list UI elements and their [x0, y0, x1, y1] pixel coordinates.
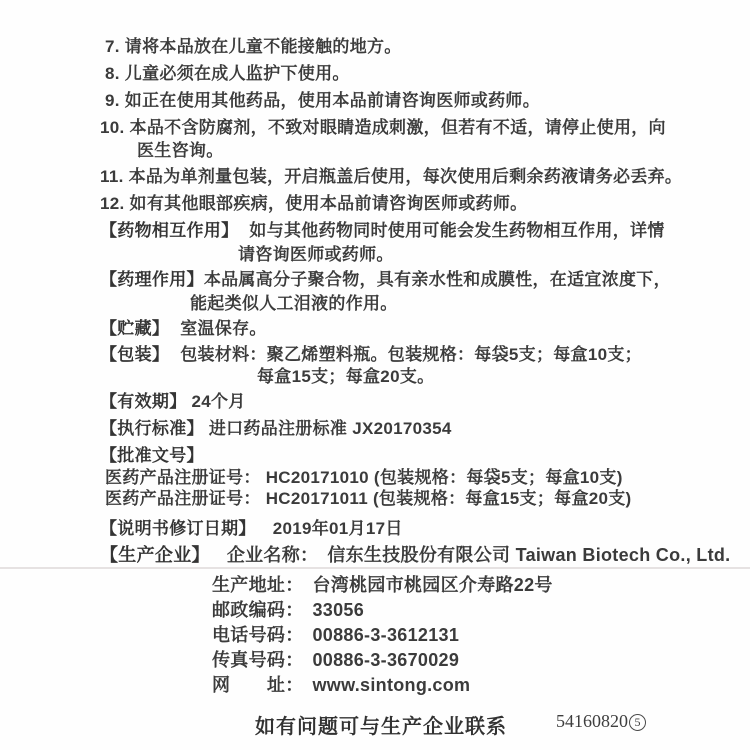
section-shelf-life: 【有效期】24个月	[100, 391, 246, 413]
section-label: 【包装】	[100, 345, 169, 364]
section-label: 【药物相互作用】	[100, 221, 238, 240]
registration-number: HC20171010	[266, 468, 369, 487]
precaution-item-10-line2: 医生咨询。	[137, 140, 224, 162]
precaution-item-9: 9. 如正在使用其他药品，使用本品前请咨询医师或药师。	[105, 90, 540, 112]
section-text: 每盒15支；每盒20支。	[257, 367, 434, 386]
manufacturer-fax-row: 传真号码：00886-3-3670029	[212, 649, 459, 671]
section-label: 【有效期】	[100, 392, 187, 411]
section-text: 本品属高分子聚合物，具有亲水性和成膜性，在适宜浓度下，	[204, 270, 671, 289]
registration-spec: (包装规格：每盒15支；每盒20支)	[373, 489, 632, 508]
approval-registration-2: 医药产品注册证号：HC20171011(包装规格：每盒15支；每盒20支)	[105, 488, 632, 510]
section-text: 包装材料：聚乙烯塑料瓶。包装规格：每袋5支；每盒10支；	[180, 345, 642, 364]
precaution-item-8: 8. 儿童必须在成人监护下使用。	[105, 63, 350, 85]
fax-value: 00886-3-3670029	[313, 650, 460, 670]
section-label: 【批准文号】	[100, 446, 204, 465]
fax-label: 传真号码：	[212, 650, 304, 670]
scan-artifact-line	[0, 567, 750, 569]
manufacturer-address-row: 生产地址：台湾桃园市桃园区介寿路22号	[212, 574, 553, 596]
manufacturer-phone-row: 电话号码：00886-3-3612131	[212, 624, 459, 646]
section-label: 【药理作用】	[100, 270, 204, 289]
precaution-text: 12. 如有其他眼部疾病，使用本品前请咨询医师或药师。	[100, 194, 527, 213]
section-packaging: 【包装】包装材料：聚乙烯塑料瓶。包装规格：每袋5支；每盒10支；	[100, 344, 642, 366]
section-manufacturer: 【生产企业】企业名称：信东生技股份有限公司 Taiwan Biotech Co.…	[100, 544, 730, 566]
section-text: 室温保存。	[180, 319, 267, 338]
package-insert-page: 7. 请将本品放在儿童不能接触的地方。 8. 儿童必须在成人监护下使用。 9. …	[0, 0, 750, 750]
footer-serial-number: 541608205	[556, 711, 646, 732]
precaution-text: 10. 本品不含防腐剂，不致对眼睛造成刺激，但若有不适，请停止使用，向	[100, 118, 666, 137]
precaution-text: 9. 如正在使用其他药品，使用本品前请咨询医师或药师。	[105, 91, 540, 110]
postal-code-label: 邮政编码：	[212, 600, 304, 620]
section-text: 能起类似人工泪液的作用。	[190, 294, 398, 313]
manufacturer-postal-row: 邮政编码：33056	[212, 599, 364, 621]
section-label: 【说明书修订日期】	[100, 519, 256, 538]
section-text: 24个月	[192, 392, 246, 411]
section-drug-interactions-line2: 请咨询医师或药师。	[238, 244, 394, 266]
phone-value: 00886-3-3612131	[313, 625, 460, 645]
section-label: 【执行标准】	[100, 419, 204, 438]
section-label: 【贮藏】	[100, 319, 169, 338]
section-storage: 【贮藏】室温保存。	[100, 318, 267, 340]
postal-code-value: 33056	[313, 600, 365, 620]
section-packaging-line2: 每盒15支；每盒20支。	[257, 366, 434, 388]
precaution-item-10-line1: 10. 本品不含防腐剂，不致对眼睛造成刺激，但若有不适，请停止使用，向	[100, 117, 666, 139]
section-text: 请咨询医师或药师。	[238, 245, 394, 264]
serial-digits: 54160820	[556, 711, 628, 731]
address-value: 台湾桃园市桃园区介寿路22号	[313, 575, 553, 595]
precaution-text: 11. 本品为单剂量包装，开启瓶盖后使用，每次使用后剩余药液请务必丢弃。	[100, 167, 682, 186]
section-text: 如与其他药物同时使用可能会发生药物相互作用，详情	[249, 221, 664, 240]
section-pharmacology: 【药理作用】本品属高分子聚合物，具有亲水性和成膜性，在适宜浓度下，	[100, 269, 671, 291]
company-name-value: 信东生技股份有限公司 Taiwan Biotech Co., Ltd.	[327, 545, 730, 565]
section-text: 2019年01月17日	[273, 519, 403, 538]
precaution-text: 7. 请将本品放在儿童不能接触的地方。	[105, 37, 402, 56]
registration-label: 医药产品注册证号：	[105, 489, 261, 508]
section-approval: 【批准文号】	[100, 445, 204, 467]
phone-label: 电话号码：	[212, 625, 304, 645]
company-name-label: 企业名称：	[227, 545, 319, 565]
address-label: 生产地址：	[212, 575, 304, 595]
precaution-item-11: 11. 本品为单剂量包装，开启瓶盖后使用，每次使用后剩余药液请务必丢弃。	[100, 166, 682, 188]
precaution-text: 8. 儿童必须在成人监护下使用。	[105, 64, 350, 83]
registration-spec: (包装规格：每袋5支；每盒10支)	[374, 468, 623, 487]
section-drug-interactions: 【药物相互作用】如与其他药物同时使用可能会发生药物相互作用，详情	[100, 220, 665, 242]
approval-registration-1: 医药产品注册证号：HC20171010(包装规格：每袋5支；每盒10支)	[105, 467, 623, 489]
serial-circled-digit: 5	[629, 714, 646, 731]
precaution-item-12: 12. 如有其他眼部疾病，使用本品前请咨询医师或药师。	[100, 193, 527, 215]
precaution-item-7: 7. 请将本品放在儿童不能接触的地方。	[105, 36, 402, 58]
section-standard: 【执行标准】进口药品注册标准 JX20170354	[100, 418, 452, 440]
registration-number: HC20171011	[266, 489, 368, 508]
website-value: www.sintong.com	[313, 675, 471, 695]
website-label: 网 址：	[212, 675, 304, 695]
precaution-text: 医生咨询。	[137, 141, 224, 160]
section-pharmacology-line2: 能起类似人工泪液的作用。	[190, 293, 398, 315]
manufacturer-website-row: 网 址：www.sintong.com	[212, 674, 470, 696]
section-revision-date: 【说明书修订日期】2019年01月17日	[100, 518, 403, 540]
registration-label: 医药产品注册证号：	[105, 468, 261, 487]
footer-contact-note: 如有问题可与生产企业联系	[255, 710, 507, 739]
section-text: 进口药品注册标准 JX20170354	[209, 419, 452, 438]
section-label: 【生产企业】	[100, 545, 210, 565]
